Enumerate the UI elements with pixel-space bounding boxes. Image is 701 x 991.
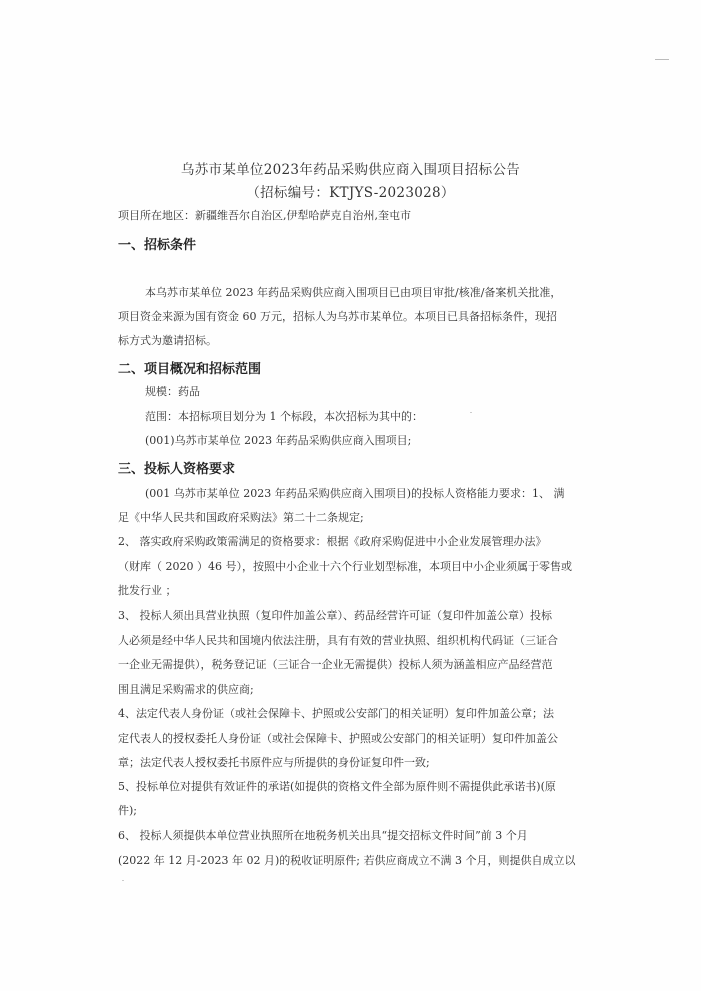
scan-speck	[122, 880, 124, 881]
paragraph-line: 人必须是经中华人民共和国境内依法注册，具有有效的营业执照、组织机构代码证（三证合	[118, 634, 558, 648]
tender-number: （招标编号：KTJYS-2023028）	[0, 181, 701, 201]
paragraph-line: 范围：本招标项目划分为 1 个标段，本次招标为其中的：	[145, 410, 423, 424]
paragraph-line: 项目资金来源为国有资金 60 万元，招标人为乌苏市某单位。本项目已具备招标条件，…	[118, 310, 557, 324]
section-heading-2: 二、项目概况和招标范围	[118, 358, 261, 377]
paragraph-line: (001)乌苏市某单位 2023 年药品采购供应商入围项目;	[145, 434, 411, 448]
paragraph-line: 围且满足采购需求的供应商;	[118, 683, 254, 697]
paragraph-line: 2、 落实政府采购政策需满足的资格要求：根据《政府采购促进中小企业发展管理办法》	[118, 535, 547, 549]
paragraph-line: 定代表人的授权委托人身份证（或社会保障卡、护照或公安部门的相关证明）复印件加盖公	[118, 732, 558, 746]
section-heading-3: 三、投标人资格要求	[118, 458, 235, 477]
paragraph-line: 足《中华人民共和国政府采购法》第二十二条规定;	[118, 511, 364, 525]
paragraph-line: 规模：药品	[145, 385, 200, 399]
paragraph-line: 批发行业 ；	[118, 584, 177, 598]
paragraph-line: 6、 投标人须提供本单位营业执照所在地税务机关出具“提交招标文件时间”前 3 个…	[118, 829, 528, 843]
section-heading-1: 一、招标条件	[118, 234, 196, 253]
paragraph-line: 本乌苏市某单位 2023 年药品采购供应商入围项目已由项目审批/核准/备案机关批…	[145, 286, 561, 300]
scan-speck	[470, 412, 472, 413]
paragraph-line: （财库（ 2020 ）46 号），按照中小企业十六个行业划型标准，本项目中小企业…	[118, 560, 572, 574]
region-line: 项目所在地区：新疆维吾尔自治区,伊犁哈萨克自治州,奎屯市	[118, 209, 411, 223]
paragraph-line: (2022 年 12 月-2023 年 02 月)的税收证明原件; 若供应商成立…	[118, 854, 575, 868]
document-title: 乌苏市某单位2023年药品采购供应商入围项目招标公告	[0, 158, 701, 178]
paragraph-line: 4、法定代表人身份证（或社会保障卡、护照或公安部门的相关证明）复印件加盖公章；法	[118, 707, 554, 721]
paragraph-line: 标方式为邀请招标。	[118, 334, 217, 348]
paragraph-line: 5、投标单位对提供有效证件的承诺(如提供的资格文件全部为原件则不需提供此承诺书)…	[118, 780, 556, 794]
scan-artifact	[655, 59, 669, 60]
paragraph-line: 3、 投标人须出具营业执照（复印件加盖公章）、药品经营许可证（复印件加盖公章）投…	[118, 609, 552, 623]
paragraph-line: (001 乌苏市某单位 2023 年药品采购供应商入围项目)的投标人资格能力要求…	[145, 487, 565, 501]
paragraph-line: 件);	[118, 804, 137, 818]
paragraph-line: 章；法定代表人授权委托书原件应与所提供的身份证复印件一致;	[118, 756, 430, 770]
paragraph-line: 一企业无需提供），税务登记证（三证合一企业无需提供）投标人须为涵盖相应产品经营范	[118, 658, 553, 672]
document-page: 乌苏市某单位2023年药品采购供应商入围项目招标公告 （招标编号：KTJYS-2…	[0, 0, 701, 991]
